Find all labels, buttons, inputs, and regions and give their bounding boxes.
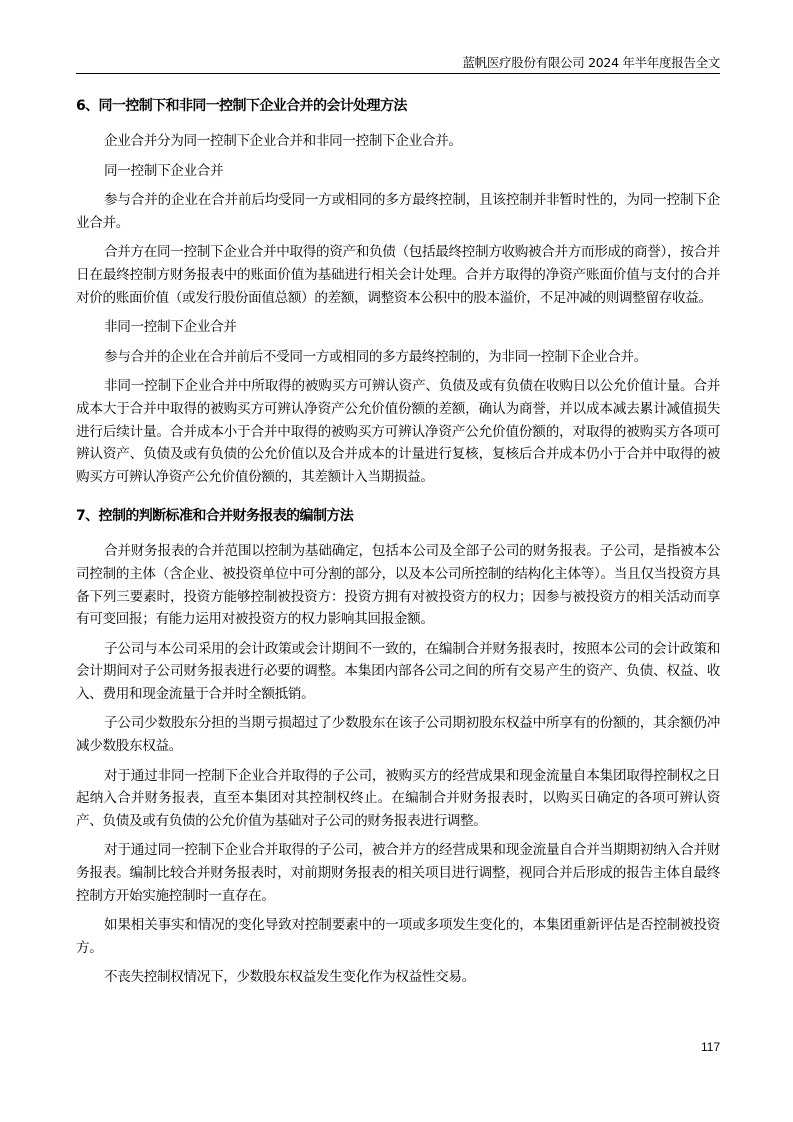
subheading: 同一控制下企业合并: [76, 160, 720, 183]
paragraph: 合并方在同一控制下企业合并中取得的资产和负债（包括最终控制方收购被合并方而形成的…: [76, 241, 720, 309]
document-body: 6、同一控制下和非同一控制下企业合并的会计处理方法 企业合并分为同一控制下企业合…: [76, 96, 720, 996]
paragraph: 企业合并分为同一控制下企业合并和非同一控制下企业合并。: [76, 130, 720, 153]
section-7: 7、控制的判断标准和合并财务报表的编制方法 合并财务报表的合并范围以控制为基础确…: [76, 506, 720, 989]
paragraph: 对于通过同一控制下企业合并取得的子公司，被合并方的经营成果和现金流量自合并当期期…: [76, 839, 720, 907]
paragraph: 子公司与本公司采用的会计政策或会计期间不一致的，在编制合并财务报表时，按照本公司…: [76, 638, 720, 706]
section-heading: 6、同一控制下和非同一控制下企业合并的会计处理方法: [76, 96, 720, 116]
paragraph: 参与合并的企业在合并前后均受同一方或相同的多方最终控制，且该控制并非暂时性的，为…: [76, 189, 720, 234]
subheading: 非同一控制下企业合并: [76, 316, 720, 339]
paragraph: 合并财务报表的合并范围以控制为基础确定，包括本公司及全部子公司的财务报表。子公司…: [76, 540, 720, 630]
section-heading: 7、控制的判断标准和合并财务报表的编制方法: [76, 506, 720, 526]
paragraph: 如果相关事实和情况的变化导致对控制要素中的一项或多项发生变化的，本集团重新评估是…: [76, 914, 720, 959]
paragraph: 子公司少数股东分担的当期亏损超过了少数股东在该子公司期初股东权益中所享有的份额的…: [76, 712, 720, 757]
paragraph: 非同一控制下企业合并中所取得的被购买方可辨认资产、负债及或有负债在收购日以公允价…: [76, 375, 720, 488]
paragraph: 对于通过非同一控制下企业合并取得的子公司，被购买方的经营成果和现金流量自本集团取…: [76, 765, 720, 833]
paragraph: 不丧失控制权情况下，少数股东权益发生变化作为权益性交易。: [76, 966, 720, 989]
paragraph: 参与合并的企业在合并前后不受同一方或相同的多方最终控制的，为非同一控制下企业合并…: [76, 346, 720, 369]
page-header: 蓝帆医疗股份有限公司 2024 年半年度报告全文: [76, 55, 720, 74]
section-6: 6、同一控制下和非同一控制下企业合并的会计处理方法 企业合并分为同一控制下企业合…: [76, 96, 720, 488]
page-number: 117: [701, 1040, 720, 1054]
